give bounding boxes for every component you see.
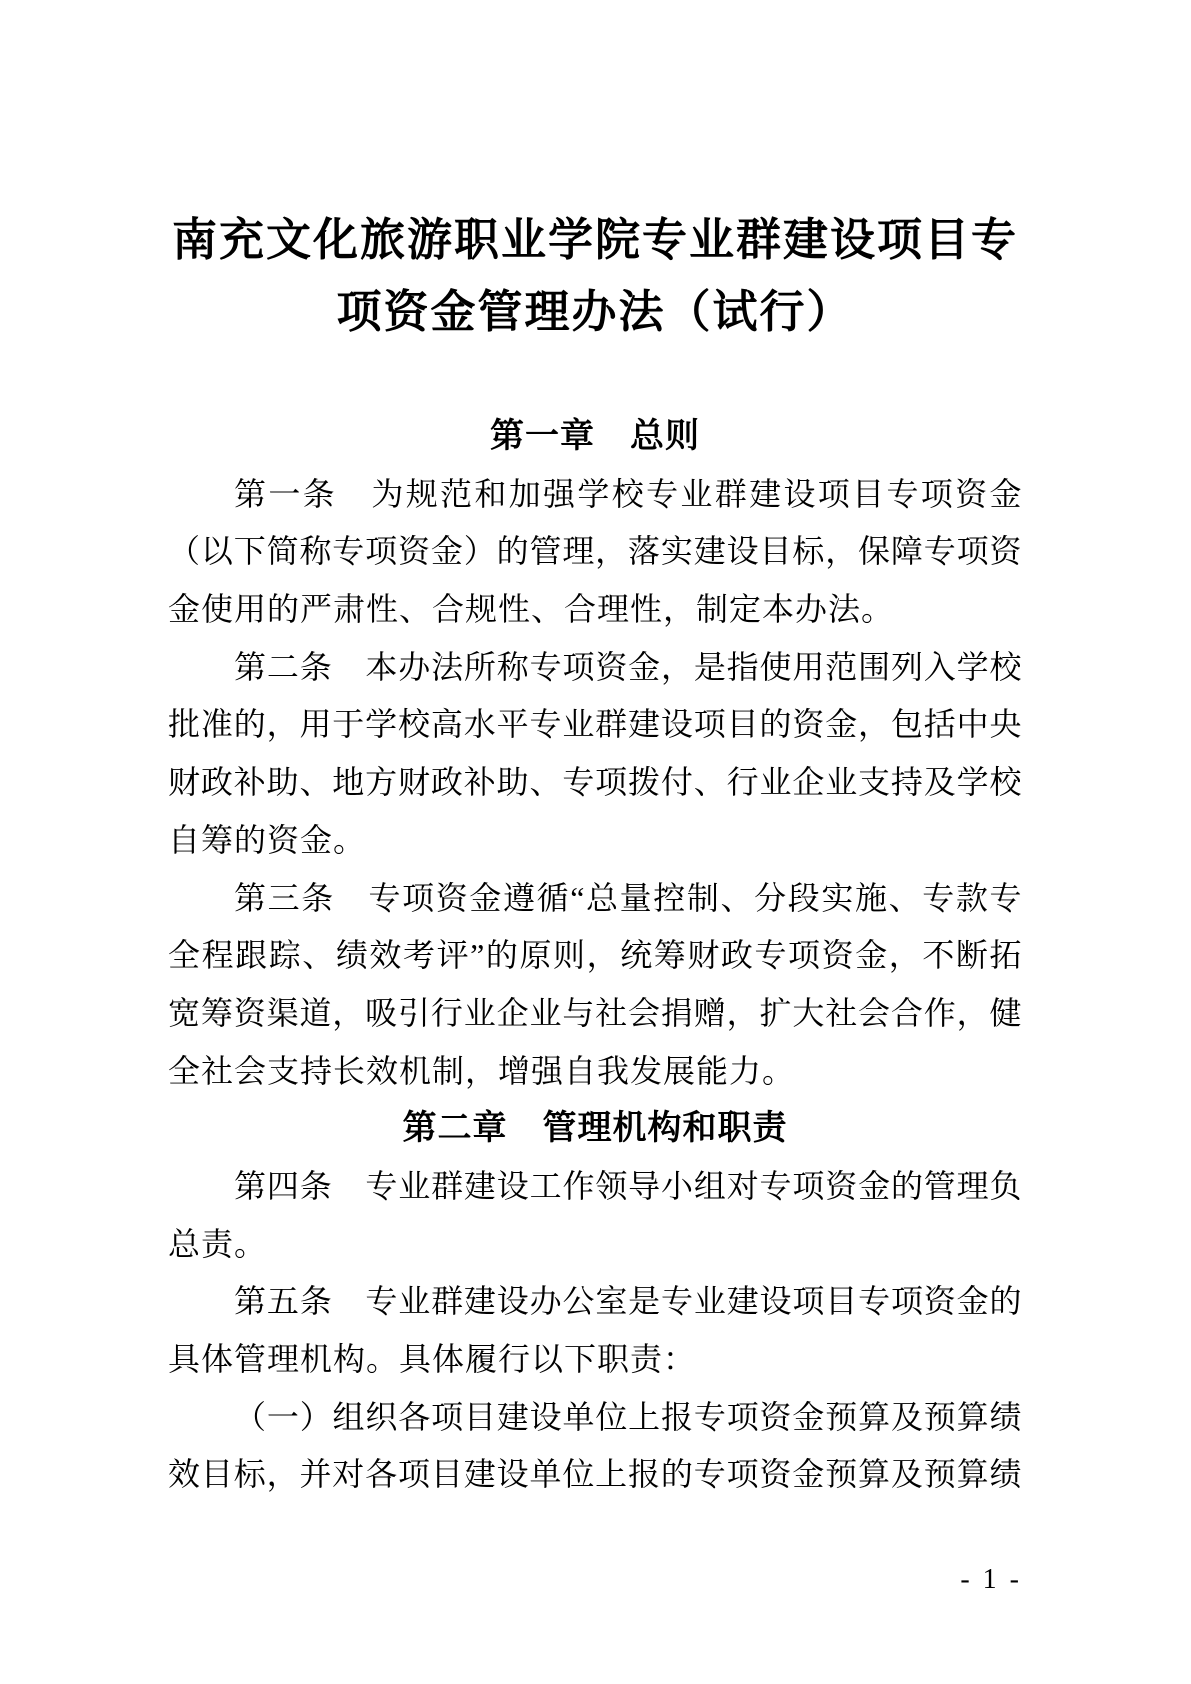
body-line: 具体管理机构。具体履行以下职责： — [168, 1331, 1022, 1389]
body-line: 批准的，用于学校高水平专业群建设项目的资金，包括中央 — [168, 696, 1022, 754]
chapter-heading: 第一章 总则 — [168, 408, 1022, 466]
title-line: 南充文化旅游职业学院专业群建设项目专 — [168, 204, 1022, 276]
document-body: 第一章 总则 第一条 为规范和加强学校专业群建设项目专项资金 （以下简称专项资金… — [168, 408, 1022, 1504]
document-title: 南充文化旅游职业学院专业群建设项目专 项资金管理办法（试行） — [168, 204, 1022, 348]
body-line: （以下简称专项资金）的管理，落实建设目标，保障专项资 — [168, 523, 1022, 581]
body-line: 金使用的严肃性、合规性、合理性，制定本办法。 — [168, 581, 1022, 639]
body-line: 自筹的资金。 — [168, 812, 1022, 870]
body-line: 第四条 专业群建设工作领导小组对专项资金的管理负 — [168, 1158, 1022, 1216]
body-line: 第五条 专业群建设办公室是专业建设项目专项资金的 — [168, 1273, 1022, 1331]
page-number: - 1 - — [960, 1562, 1022, 1598]
body-line: 全社会支持长效机制，增强自我发展能力。 — [168, 1043, 1022, 1101]
body-line: 第二条 本办法所称专项资金，是指使用范围列入学校 — [168, 639, 1022, 697]
body-line: 效目标，并对各项目建设单位上报的专项资金预算及预算绩 — [168, 1446, 1022, 1504]
body-line: （一）组织各项目建设单位上报专项资金预算及预算绩 — [168, 1389, 1022, 1447]
body-line: 总责。 — [168, 1216, 1022, 1274]
chapter-heading: 第二章 管理机构和职责 — [168, 1100, 1022, 1158]
body-line: 宽筹资渠道，吸引行业企业与社会捐赠，扩大社会合作，健 — [168, 985, 1022, 1043]
body-line: 第三条 专项资金遵循“总量控制、分段实施、专款专用、 — [168, 870, 1022, 928]
body-line: 全程跟踪、绩效考评”的原则，统筹财政专项资金，不断拓 — [168, 927, 1022, 985]
document-page: 南充文化旅游职业学院专业群建设项目专 项资金管理办法（试行） 第一章 总则 第一… — [0, 0, 1191, 1684]
body-line: 财政补助、地方财政补助、专项拨付、行业企业支持及学校 — [168, 754, 1022, 812]
title-line: 项资金管理办法（试行） — [168, 276, 1022, 348]
body-line: 第一条 为规范和加强学校专业群建设项目专项资金 — [168, 466, 1022, 524]
